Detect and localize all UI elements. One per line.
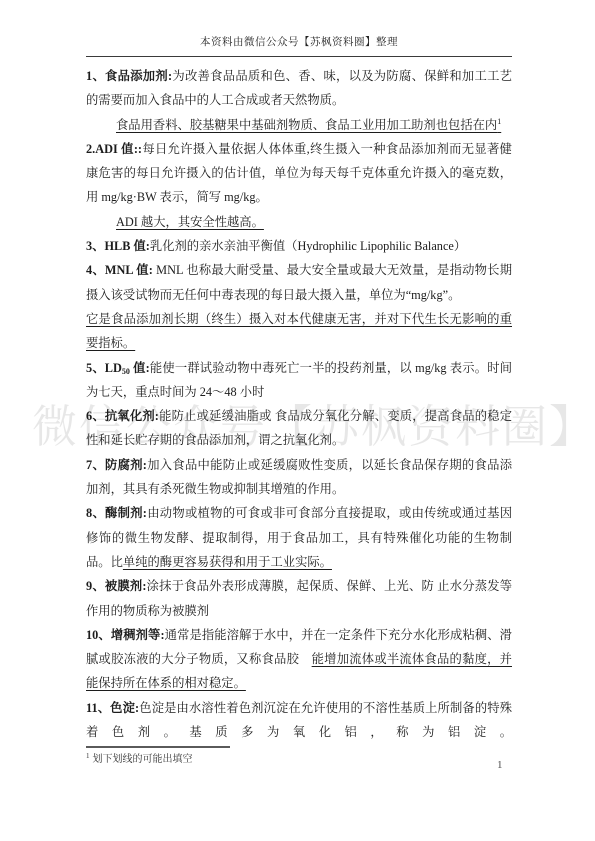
term-label: 2.ADI 值:: [86,142,142,156]
underlined-note: 食品用香料、胶基糖果中基础剂物质、食品工业用加工助剂也包括在内 [116,118,497,132]
document-page: 本资料由微信公众号【苏枫资料圈】整理 微信公众号【苏枫资料圈】 1、食品添加剂:… [0,0,595,841]
term-label: 值: [130,361,150,375]
footnote-ref-marker: 1 [497,117,501,126]
page-header: 本资料由微信公众号【苏枫资料圈】整理 [86,34,512,57]
term-label: 5、LD [86,361,122,375]
definition-item-1-note: 食品用香料、胶基糖果中基础剂物质、食品工业用加工助剂也包括在内1 [86,113,512,137]
term-label: 9、被膜剂: [86,579,146,593]
definition-item-1: 1、食品添加剂:为改善食品品质和色、香、味，以及为防腐、保鲜和加工工艺的需要而加… [86,64,512,113]
definition-text: 每日允许摄入量依据人体体重,终生摄入一种食品添加剂而无显著健康危害的每日允许摄入… [86,142,512,205]
definition-item-2-note: ADI 越大，其安全性越高。 [86,210,512,234]
document-body: 1、食品添加剂:为改善食品品质和色、香、味，以及为防腐、保鲜和加工工艺的需要而加… [86,64,512,744]
definition-text: 加入食品中能防止或延缓腐败性变质，以延长食品保存期的食品添加剂，其具有杀死微生物… [86,458,512,496]
underlined-note: 它是食品添加剂长期（终生）摄入对本代健康无害，并对下代生长无影响的重要指标。 [86,312,512,350]
definition-item-10: 10、增稠剂等:通常是指能溶解于水中，并在一定条件下充分水化形成粘稠、滑腻或胶冻… [86,623,512,696]
definition-text: 涂抹于食品外表形成薄膜，起保质、保鲜、上光、防 止水分蒸发等作用的物质称为被膜剂 [86,579,512,617]
footnote-section: 1划下划线的可能出填空 [86,746,512,767]
definition-item-2: 2.ADI 值::每日允许摄入量依据人体体重,终生摄入一种食品添加剂而无显著健康… [86,137,512,210]
footnote-content: 划下划线的可能出填空 [93,754,193,765]
definition-item-5: 5、LD50 值:能使一群试验动物中毒死亡一半的投药剂量，以 mg/kg 表示。… [86,356,512,405]
definition-text: 乳化剂的亲水亲油平衡值（Hydrophilic Lipophilic Balan… [150,239,466,253]
definition-text: 色淀是由水溶性着色剂沉淀在允许使用的不溶性基质上所制备的特殊着色剂。基质多为氧化… [86,701,512,739]
definition-item-6: 6、抗氧化剂:能防止或延缓油脂或 食品成分氧化分解、变质，提高食品的稳定性和延长… [86,404,512,453]
definition-item-4: 4、MNL 值: MNL 也称最大耐受量、最大安全量或最大无效量，是指动物长期摄… [86,258,512,307]
definition-item-3: 3、HLB 值:乳化剂的亲水亲油平衡值（Hydrophilic Lipophil… [86,234,512,258]
term-label: 11、色淀: [86,701,139,715]
page-number: 1 [497,759,503,771]
term-subscript: 50 [122,367,130,376]
definition-text: 能使一群试验动物中毒死亡一半的投药剂量，以 mg/kg 表示。时间为七天，重点时… [86,361,512,399]
underlined-note: 单纯的酶更容易获得和用于工业实际。 [123,555,332,569]
definition-item-11: 11、色淀:色淀是由水溶性着色剂沉淀在允许使用的不溶性基质上所制备的特殊着色剂。… [86,696,512,745]
definition-item-9: 9、被膜剂:涂抹于食品外表形成薄膜，起保质、保鲜、上光、防 止水分蒸发等作用的物… [86,574,512,623]
underlined-note: ADI 越大，其安全性越高。 [116,215,264,229]
footnote-text: 1划下划线的可能出填空 [86,753,512,767]
footnote-marker: 1 [86,752,90,760]
term-label: 6、抗氧化剂: [86,409,159,423]
footnote-separator-line [86,746,230,748]
term-label: 1、食品添加剂: [86,69,172,83]
term-label: 4、MNL 值: [86,263,153,277]
term-label: 8、酶制剂: [86,506,147,520]
term-label: 10、增稠剂等: [86,628,165,642]
term-label: 3、HLB 值: [86,239,150,253]
definition-item-7: 7、防腐剂:加入食品中能防止或延缓腐败性变质，以延长食品保存期的食品添加剂，其具… [86,453,512,502]
definition-item-4-note: 它是食品添加剂长期（终生）摄入对本代健康无害，并对下代生长无影响的重要指标。 [86,307,512,356]
term-label: 7、防腐剂: [86,458,147,472]
definition-item-8: 8、酶制剂:由动物或植物的可食或非可食部分直接提取，或由传统或通过基因修饰的微生… [86,501,512,574]
